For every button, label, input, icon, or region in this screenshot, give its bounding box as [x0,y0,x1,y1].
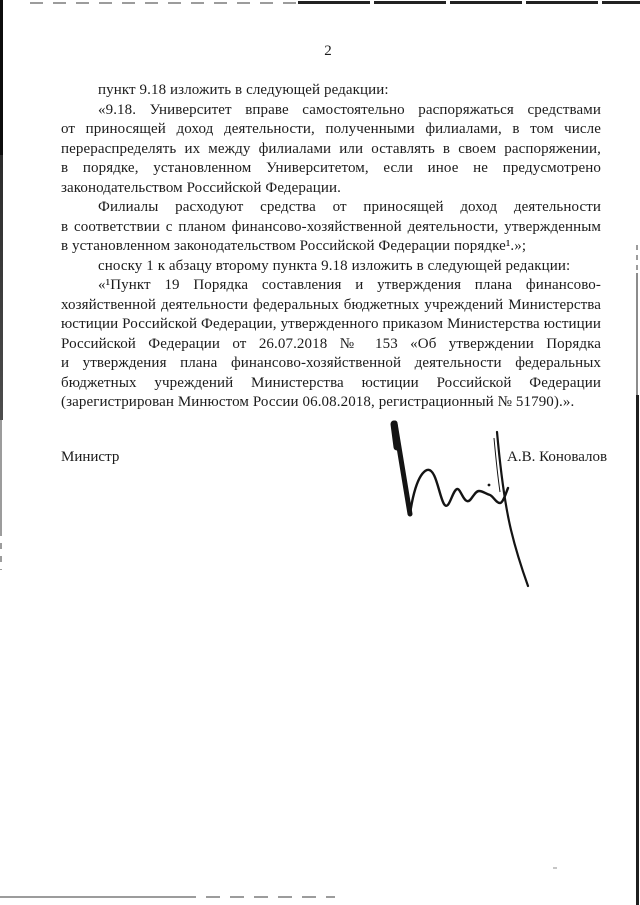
scan-artifact-top-left-dashes [30,2,298,4]
signatory-title: Министр [61,448,119,468]
text-line: Российской Федерации от 26.07.2018 № 153… [61,335,601,355]
text-line: хозяйственной деятельности федеральных б… [61,296,601,316]
text-line: в соответствии с планом финансово-хозяйс… [61,218,601,238]
scan-artifact-left-edge-black [0,0,3,155]
text-line: (зарегистрирован Минюстом России 06.08.2… [61,393,601,413]
text-line: в порядке, установленном Университетом, … [61,159,601,179]
text-line: Филиалы расходуют средства от приносящей… [61,198,601,218]
text-line: сноску 1 к абзацу второму пункта 9.18 из… [61,257,601,277]
text-line: и утверждения плана финансово-хозяйствен… [61,354,601,374]
text-line: бюджетных учреждений Министерства юстици… [61,374,601,394]
page-number: 2 [8,42,640,62]
scanned-document-page: { "page": { "number": "2" }, "body": { "… [0,0,640,905]
text-line: законодательством Российской Федерации. [61,179,601,199]
text-line: перераспределять их между филиалами или … [61,140,601,160]
scan-artifact-right-edge-gray [636,273,638,395]
scan-artifact-bottom-edge-line [0,896,182,898]
handwritten-signature-icon [385,415,535,593]
scan-artifact-left-edge-dark [0,155,3,420]
document-body: пункт 9.18 изложить в следующей редакции… [61,81,601,413]
scan-artifact-bottom-edge-dashes [182,896,335,898]
text-line: от приносящей доход деятельности, получе… [61,120,601,140]
scan-artifact-speck [553,867,557,869]
text-line: пункт 9.18 изложить в следующей редакции… [61,81,601,101]
text-line: в установленном законодательством Россий… [61,237,601,257]
scan-artifact-top-right-line [298,1,640,4]
scan-artifact-right-edge-black [636,395,639,905]
scan-artifact-left-edge-gray [0,420,2,530]
scan-artifact-left-edge-dashes [0,530,2,570]
text-line: «9.18. Университет вправе самостоятельно… [61,101,601,121]
text-line: юстиции Российской Федерации, утвержденн… [61,315,601,335]
scan-artifact-right-edge-dashes [636,245,638,273]
text-line: «¹Пункт 19 Порядка составления и утвержд… [61,276,601,296]
